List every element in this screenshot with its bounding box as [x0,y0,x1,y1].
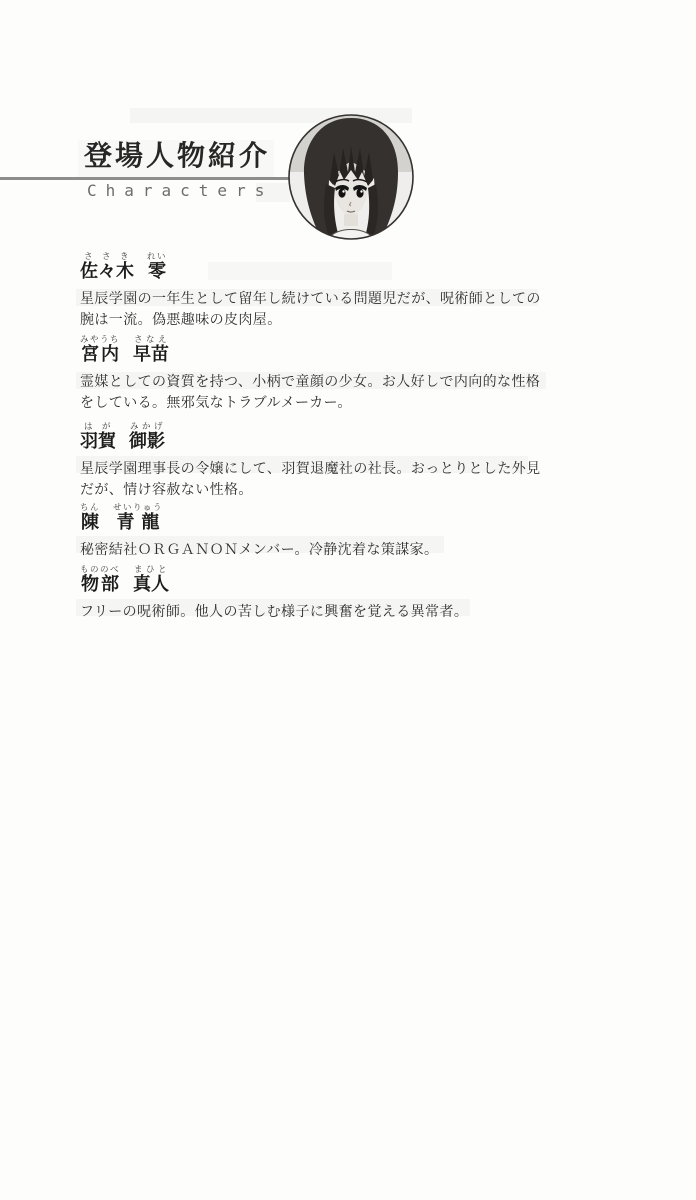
description-line: だが、情け容赦ない性格。 [80,480,541,501]
character-description: フリーの呪術師。他人の苦しむ様子に興奮を覚える異常者。 [80,602,468,623]
description-line: 秘密結社ＯＲＧＡＮＯＮメンバー。冷静沈着な策謀家。 [80,540,438,561]
description-line: 星辰学園の一年生として留年し続けている問題児だが、呪術師としての [80,289,541,310]
character-description: 星辰学園の一年生として留年し続けている問題児だが、呪術師としての 腕は一流。偽悪… [80,289,541,330]
character-entry: 羽賀はが御影みかげ 星辰学園理事長の令嬢にして、羽賀退魔社の社長。おっとりとした… [80,422,570,452]
character-surname: 宮内みやうち [80,344,120,364]
character-portrait-image [288,114,414,240]
character-name: 羽賀はが御影みかげ [80,422,570,452]
character-description: 霊媒としての資質を持つ、小柄で童顔の少女。お人好しで内向的な性格 をしている。無… [80,372,540,413]
character-description: 星辰学園理事長の令嬢にして、羽賀退魔社の社長。おっとりとした外見 だが、情け容赦… [80,459,541,500]
character-name: 陳ちん青龍せいりゅう [80,503,570,533]
description-line: 腕は一流。偽悪趣味の皮肉屋。 [80,310,541,331]
character-surname: 物部もののべ [80,574,120,594]
character-entry: 宮内みやうち早苗さなえ 霊媒としての資質を持つ、小柄で童顔の少女。お人好しで内向… [80,335,570,365]
character-givenname: 青龍せいりゅう [113,512,163,532]
character-givenname: 早苗さなえ [133,344,169,364]
character-surname: 陳ちん [80,512,100,532]
character-givenname: 零れい [147,261,167,281]
character-entry: 物部もののべ真人まひと フリーの呪術師。他人の苦しむ様子に興奮を覚える異常者。 [80,565,570,595]
character-givenname: 御影みかげ [129,431,165,451]
character-name: 物部もののべ真人まひと [80,565,570,595]
character-portrait [288,114,414,240]
character-surname: 佐々木ささき [80,261,134,281]
page-title: 登場人物紹介 [84,143,270,171]
description-line: フリーの呪術師。他人の苦しむ様子に興奮を覚える異常者。 [80,602,468,623]
character-entry: 佐々木ささき零れい 星辰学園の一年生として留年し続けている問題児だが、呪術師とし… [80,252,570,282]
character-name: 宮内みやうち早苗さなえ [80,335,570,365]
character-name: 佐々木ささき零れい [80,252,570,282]
scanned-page: 登場人物紹介 Characters [0,0,696,1200]
page-subtitle: Characters [87,183,273,199]
character-description: 秘密結社ＯＲＧＡＮＯＮメンバー。冷静沈着な策謀家。 [80,540,438,561]
character-entry: 陳ちん青龍せいりゅう 秘密結社ＯＲＧＡＮＯＮメンバー。冷静沈着な策謀家。 [80,503,570,533]
description-line: をしている。無邪気なトラブルメーカー。 [80,393,540,414]
description-line: 霊媒としての資質を持つ、小柄で童顔の少女。お人好しで内向的な性格 [80,372,540,393]
character-givenname: 真人まひと [133,574,169,594]
header-rule [0,177,291,180]
character-surname: 羽賀はが [80,431,116,451]
description-line: 星辰学園理事長の令嬢にして、羽賀退魔社の社長。おっとりとした外見 [80,459,541,480]
